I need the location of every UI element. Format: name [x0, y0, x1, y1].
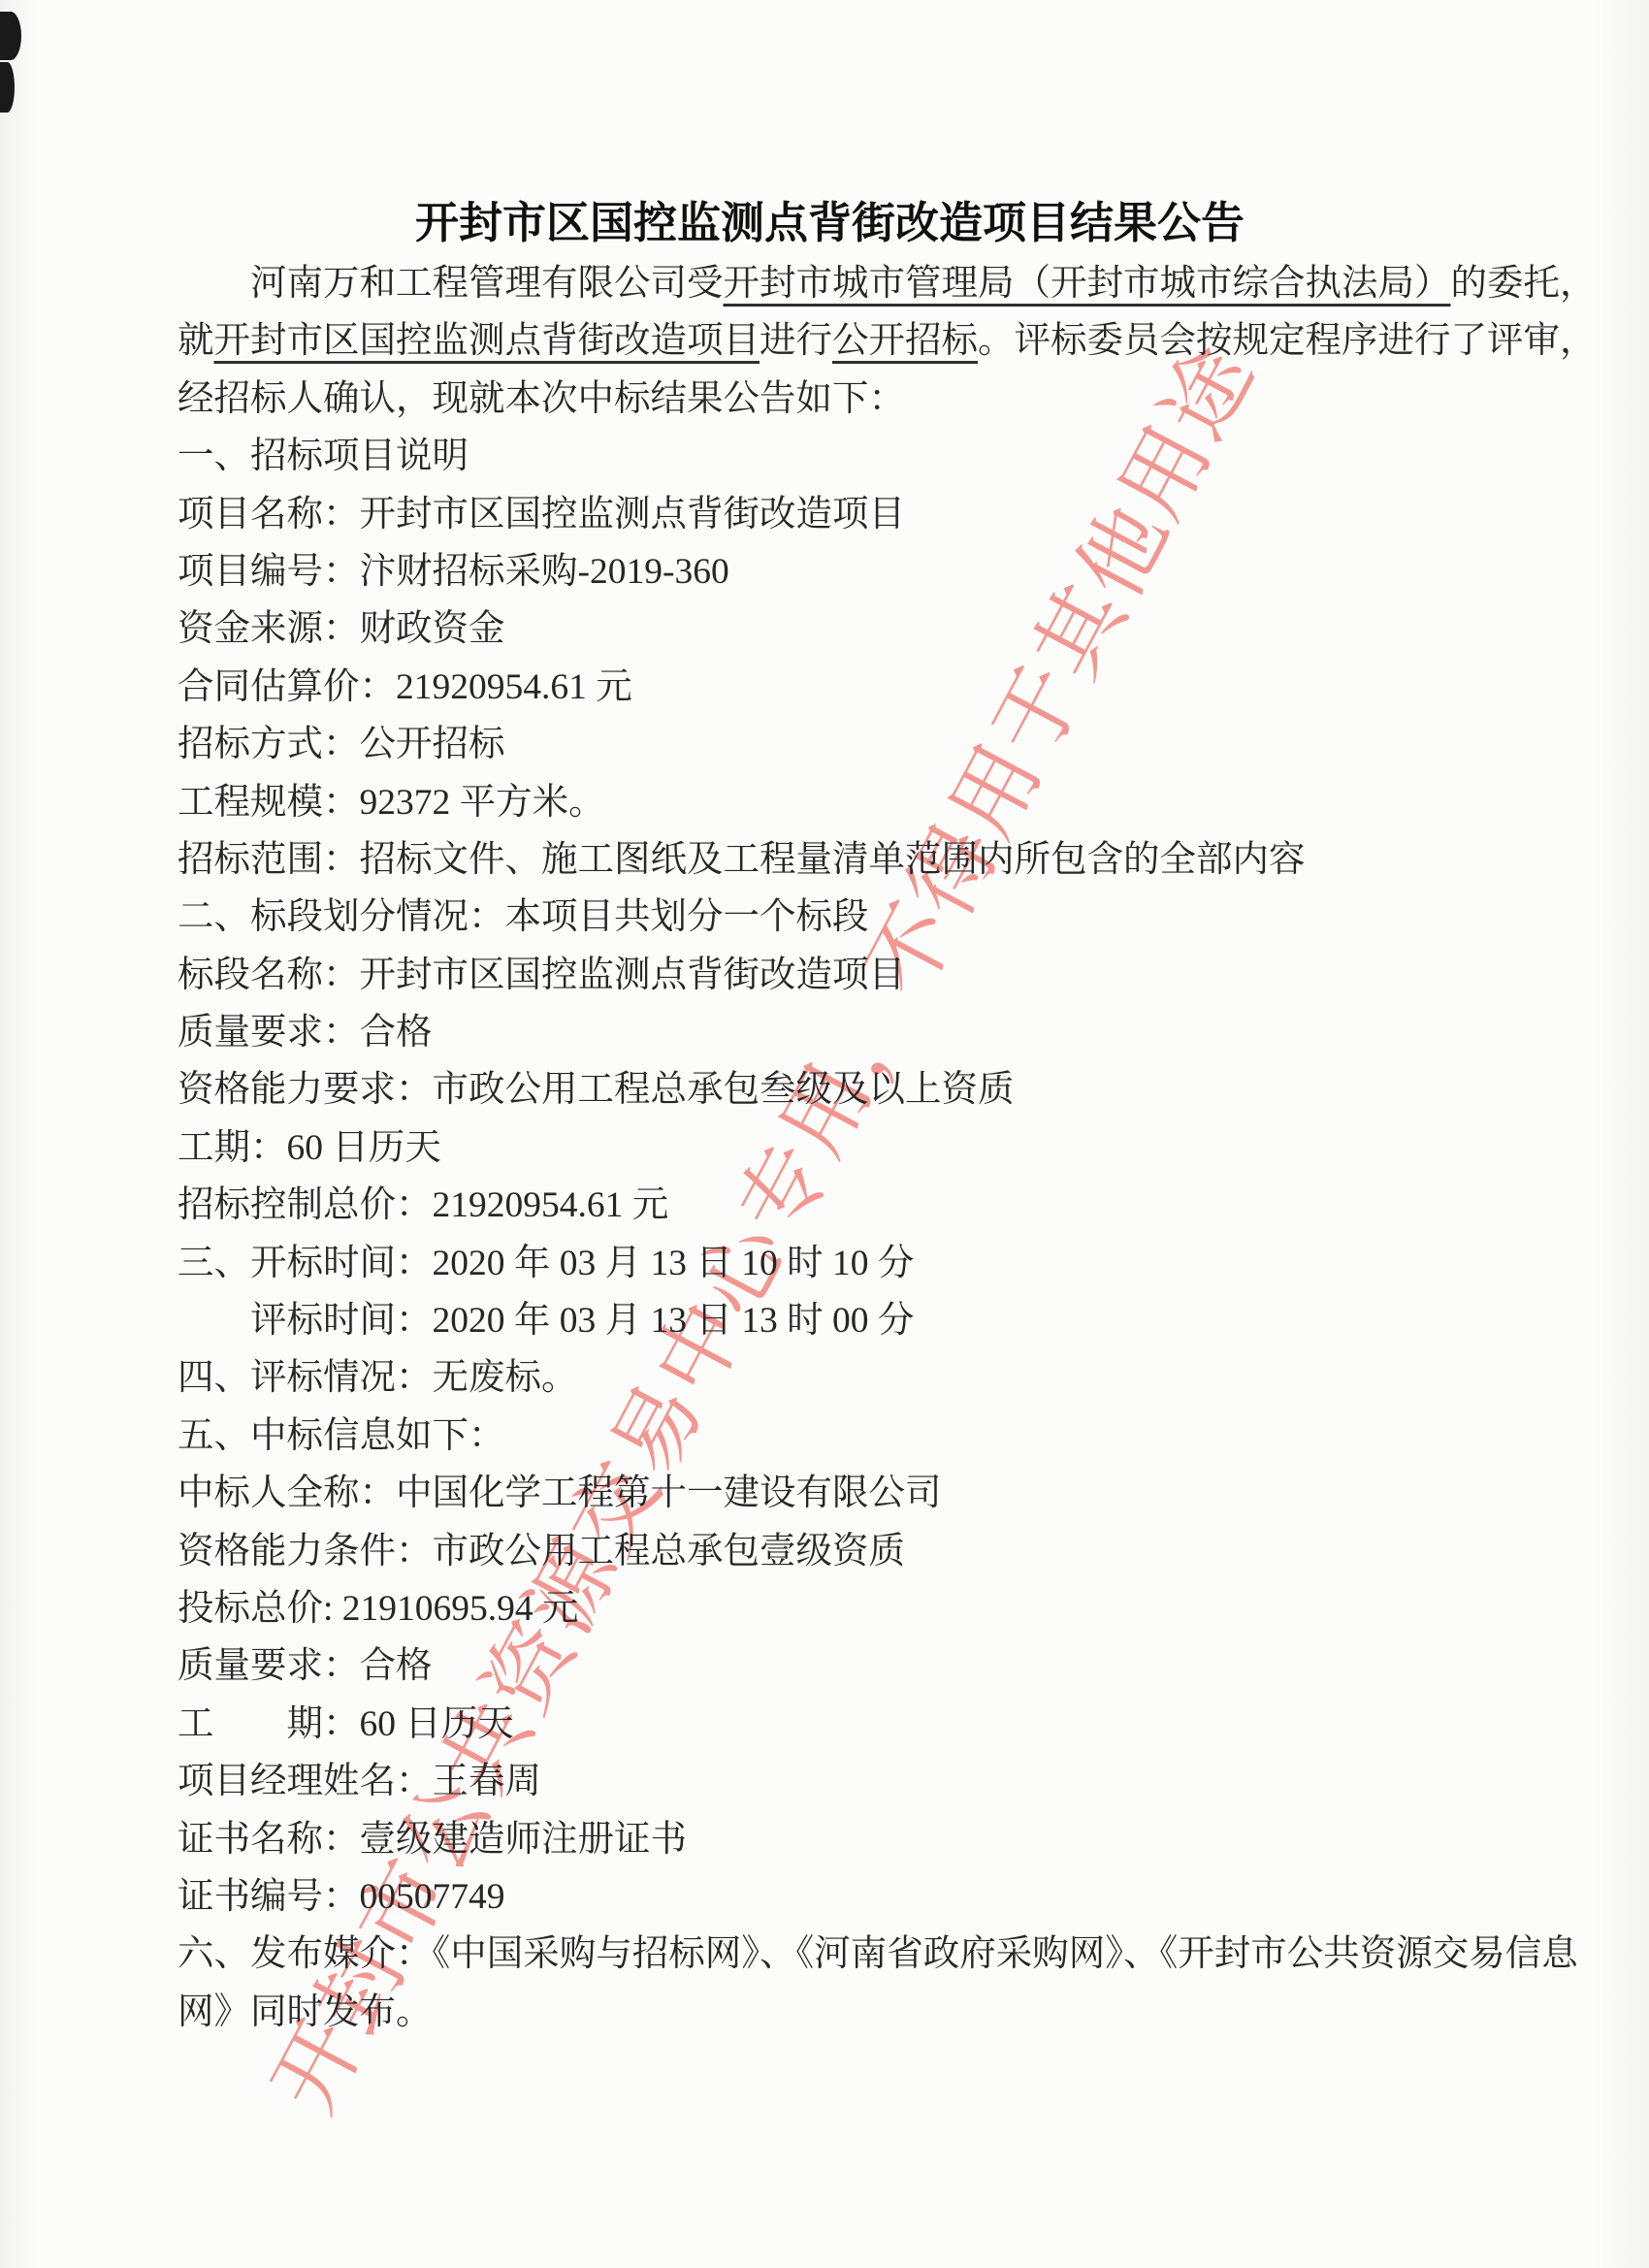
- text-line: 六、发布媒介：《中国采购与招标网》、《河南省政府采购网》、《开封市公共资源交易信…: [178, 1926, 1536, 1983]
- text-line: 网》同时发布。: [178, 1984, 1536, 2041]
- underlined-text: 公开招标: [832, 321, 978, 361]
- text-line: 合同估算价：21920954.61 元: [178, 659, 1536, 716]
- text-line: 评标时间：2020 年 03 月 13 日 13 时 00 分: [178, 1292, 1536, 1349]
- paragraph-line: 经招标人确认，现就本次中标结果公告如下：: [178, 371, 1536, 428]
- text-line: 资格能力要求：市政公用工程总承包叁级及以上资质: [178, 1061, 1536, 1118]
- text-run: 。评标委员会按规定程序进行了评审，: [978, 321, 1597, 361]
- text-line: 资格能力条件：市政公用工程总承包壹级资质: [178, 1523, 1536, 1580]
- text-line: 资金来源：财政资金: [178, 600, 1536, 658]
- text-line: 项目经理姓名：王春周: [178, 1753, 1536, 1810]
- text-line: 中标人全称：中国化学工程第十一建设有限公司: [178, 1465, 1536, 1522]
- text-line: 四、评标情况：无废标。: [178, 1349, 1536, 1407]
- text-line: 招标范围：招标文件、施工图纸及工程量清单范围内所包含的全部内容: [178, 831, 1536, 889]
- text-line: 质量要求：合格: [178, 1637, 1536, 1695]
- text-line: 标段名称：开封市区国控监测点背街改造项目: [178, 947, 1536, 1004]
- document-body: 河南万和工程管理有限公司受开封市城市管理局（开封市城市综合执法局）的委托， 就开…: [178, 255, 1536, 2041]
- text-line: 五、中标信息如下：: [178, 1408, 1536, 1465]
- text-line: 证书编号：00507749: [178, 1868, 1536, 1926]
- text-line: 项目名称：开封市区国控监测点背街改造项目: [178, 486, 1536, 543]
- text-line: 三、开标时间：2020 年 03 月 13 日 10 时 10 分: [178, 1235, 1536, 1292]
- scanned-document-page: 开封市公共资源交易中心专用，不得用于其他用途 开封市区国控监测点背街改造项目结果…: [0, 0, 1649, 2268]
- text-run: 的委托，: [1451, 264, 1597, 304]
- scan-artifact: [0, 62, 15, 113]
- underlined-text: 开封市区国控监测点背街改造项目: [214, 321, 760, 361]
- text-line: 招标方式：公开招标: [178, 716, 1536, 773]
- paragraph-line: 就开封市区国控监测点背街改造项目进行公开招标。评标委员会按规定程序进行了评审，: [178, 312, 1536, 370]
- text-line: 工 期：60 日历天: [178, 1696, 1536, 1753]
- paragraph-line: 河南万和工程管理有限公司受开封市城市管理局（开封市城市综合执法局）的委托，: [178, 255, 1536, 312]
- text-line: 工程规模：92372 平方米。: [178, 774, 1536, 831]
- underlined-text: 开封市城市管理局（开封市城市综合执法局）: [724, 264, 1451, 304]
- text-line: 招标控制总价：21920954.61 元: [178, 1177, 1536, 1234]
- text-line: 质量要求：合格: [178, 1004, 1536, 1061]
- text-run: 就: [178, 321, 214, 361]
- text-line: 工期：60 日历天: [178, 1119, 1536, 1177]
- text-line: 投标总价: 21910695.94 元: [178, 1580, 1536, 1637]
- scan-artifact: [0, 12, 21, 60]
- text-line: 项目编号：汴财招标采购-2019-360: [178, 543, 1536, 600]
- text-run: 进行: [760, 321, 832, 361]
- text-line: 证书名称：壹级建造师注册证书: [178, 1811, 1536, 1868]
- text-line: 二、标段划分情况：本项目共划分一个标段: [178, 889, 1536, 946]
- text-run: 河南万和工程管理有限公司受: [250, 264, 724, 304]
- text-line: 一、招标项目说明: [178, 428, 1536, 485]
- document-title: 开封市区国控监测点背街改造项目结果公告: [178, 187, 1482, 250]
